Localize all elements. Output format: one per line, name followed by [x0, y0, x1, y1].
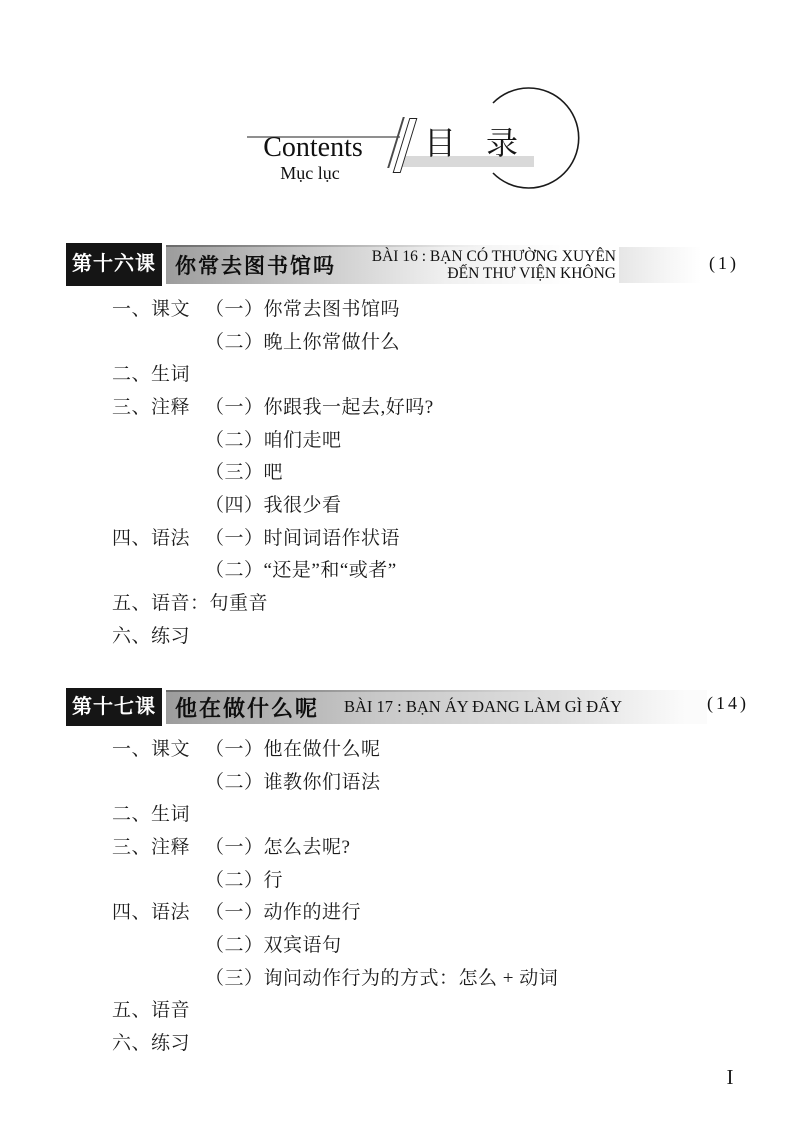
toc-row: （二）谁教你们语法: [112, 764, 558, 797]
toc-item-label: 四、语法: [112, 897, 205, 924]
toc-row: 四、语法（一）动作的进行: [112, 894, 558, 927]
toc-row: 三、注释（一）怎么去呢?: [112, 829, 558, 862]
lesson16-toc-list: 一、课文（一）你常去图书馆吗（二）晚上你常做什么二、生词三、注释（一）你跟我一起…: [112, 291, 434, 651]
decorative-circle-arc: [470, 80, 590, 198]
lesson17-page-number: (14): [707, 693, 749, 714]
lesson17-badge: 第十七课: [66, 688, 162, 726]
toc-row: 二、生词: [112, 356, 434, 389]
lesson16-title-vi-line1: BÀI 16 : BẠN CÓ THƯỜNG XUYÊN: [372, 248, 616, 265]
toc-item-text: （三）询问动作行为的方式：怎么 + 动词: [205, 963, 558, 990]
toc-item-label: 二、生词: [112, 799, 205, 826]
toc-row: （三）吧: [112, 454, 434, 487]
toc-row: （四）我很少看: [112, 487, 434, 520]
toc-row: （二）咱们走吧: [112, 422, 434, 455]
toc-row: 一、课文（一）他在做什么呢: [112, 731, 558, 764]
toc-item-label: 三、注释: [112, 832, 205, 859]
toc-item-text: （二）双宾语句: [205, 930, 342, 957]
toc-item-text: （一）动作的进行: [205, 897, 361, 924]
toc-item-label: 六、练习: [112, 1028, 205, 1055]
toc-item-label: 三、注释: [112, 392, 205, 419]
lesson17-title-zh: 他在做什么呢: [175, 690, 319, 724]
toc-item-text: （一）他在做什么呢: [205, 734, 381, 761]
toc-row: （三）询问动作行为的方式：怎么 + 动词: [112, 960, 558, 993]
toc-row: 一、课文（一）你常去图书馆吗: [112, 291, 434, 324]
toc-item-text: （一）时间词语作状语: [205, 523, 400, 550]
toc-row: 五、语音：句重音: [112, 585, 434, 618]
toc-item-label: 五、语音: [112, 995, 205, 1022]
toc-item-text: （二）咱们走吧: [205, 425, 342, 452]
folio-page-number: I: [718, 1065, 742, 1090]
lesson16-page-number: (1): [709, 253, 739, 274]
toc-row: （二）行: [112, 862, 558, 895]
toc-row: （二）“还是”和“或者”: [112, 553, 434, 586]
toc-row: 五、语音: [112, 993, 558, 1026]
toc-item-text: （二）“还是”和“或者”: [205, 555, 397, 582]
lesson16-title-vi: BÀI 16 : BẠN CÓ THƯỜNG XUYÊNĐẾN THƯ VIỆN…: [372, 248, 616, 282]
toc-item-text: （一）你常去图书馆吗: [205, 294, 400, 321]
lesson17-toc-list: 一、课文（一）他在做什么呢（二）谁教你们语法二、生词三、注释（一）怎么去呢?（二…: [112, 731, 558, 1058]
toc-row: 二、生词: [112, 796, 558, 829]
toc-item-label: 四、语法: [112, 523, 205, 550]
toc-item-label: 一、课文: [112, 734, 205, 761]
toc-row: 六、练习: [112, 1025, 558, 1058]
lesson16-title-bar: 你常去图书馆吗 BÀI 16 : BẠN CÓ THƯỜNG XUYÊNĐẾN …: [166, 245, 618, 284]
toc-item-label: 一、课文: [112, 294, 205, 321]
toc-item-label: 六、练习: [112, 621, 205, 648]
lesson16-bar-fade-patch: [619, 247, 701, 283]
toc-item-text: （二）行: [205, 865, 283, 892]
lesson16-title-zh: 你常去图书馆吗: [175, 245, 336, 284]
toc-item-text: （一）怎么去呢?: [205, 832, 350, 859]
toc-item-label: 五、语音：句重音: [112, 588, 268, 615]
lesson17-title-vi: BÀI 17 : BẠN ÁY ĐANG LÀM GÌ ĐẤY: [344, 690, 622, 724]
toc-row: （二）双宾语句: [112, 927, 558, 960]
lesson16-title-vi-line2: ĐẾN THƯ VIỆN KHÔNG: [447, 265, 616, 282]
toc-row: 四、语法（一）时间词语作状语: [112, 520, 434, 553]
toc-row: 六、练习: [112, 618, 434, 651]
toc-row: （二）晚上你常做什么: [112, 324, 434, 357]
toc-item-text: （四）我很少看: [205, 490, 342, 517]
toc-row: 三、注释（一）你跟我一起去,好吗?: [112, 389, 434, 422]
lesson17-title-bar: 他在做什么呢 BÀI 17 : BẠN ÁY ĐANG LÀM GÌ ĐẤY: [166, 690, 707, 724]
toc-item-label: 二、生词: [112, 359, 205, 386]
toc-item-text: （三）吧: [205, 457, 283, 484]
lesson16-badge: 第十六课: [66, 243, 162, 286]
contents-title-vi: Mục lục: [237, 163, 383, 183]
toc-item-text: （二）谁教你们语法: [205, 767, 381, 794]
toc-item-text: （一）你跟我一起去,好吗?: [205, 392, 434, 419]
toc-item-text: （二）晚上你常做什么: [205, 327, 400, 354]
contents-title-en: Contents: [237, 133, 389, 163]
